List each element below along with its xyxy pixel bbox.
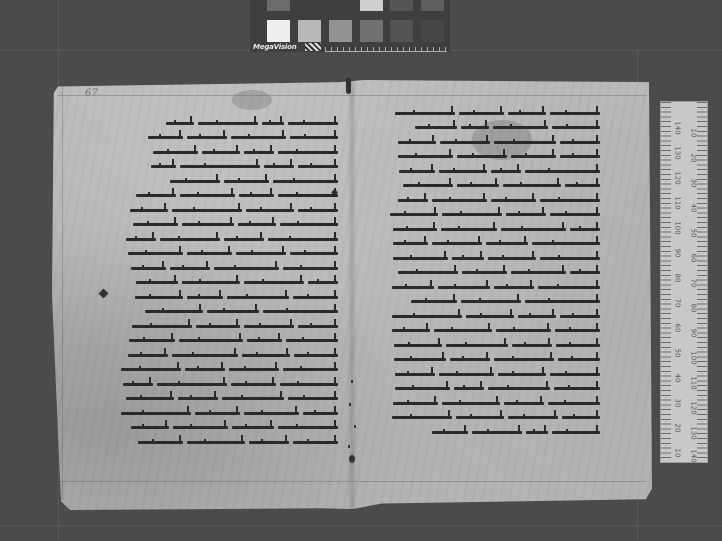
color-swatch [390, 20, 413, 42]
color-swatch [329, 20, 352, 42]
stain [232, 90, 272, 110]
ruler-label: 140 [690, 449, 698, 462]
ruler-label: 70 [689, 279, 697, 288]
ruler-label: 110 [674, 196, 682, 209]
ruler-label: 100 [690, 351, 698, 364]
ruler-label: 20 [673, 424, 681, 433]
ruler-label: 30 [673, 399, 681, 408]
ruler-label: 90 [689, 329, 697, 338]
ruler-label: 120 [690, 401, 698, 414]
left-page-text-column [112, 113, 338, 447]
ruler-label: 80 [689, 304, 697, 313]
ruling-line [57, 481, 647, 482]
ruler-label: 130 [690, 426, 698, 439]
ruler-label: 50 [689, 229, 697, 238]
stitch-hole [354, 425, 356, 428]
ruler-label: 10 [673, 449, 681, 458]
color-swatch [390, 0, 413, 11]
color-swatch [421, 0, 444, 11]
color-swatch [298, 20, 321, 42]
color-swatch [267, 0, 290, 11]
ruler-label: 70 [673, 299, 681, 308]
stitch-hole [349, 403, 351, 406]
ruler-ticks [661, 102, 671, 462]
ruler-label: 30 [689, 179, 697, 188]
measurement-ruler: 140 130 120 110 100 90 80 70 60 50 40 30… [660, 101, 708, 463]
ruler-label: 60 [689, 254, 697, 263]
stitch-hole [351, 380, 353, 383]
color-swatch [421, 20, 444, 42]
manuscript-bifolio: 67 [52, 80, 652, 510]
ruler-label: 80 [673, 274, 681, 283]
ruler-label: 20 [689, 154, 697, 163]
folio-number: 67 [85, 88, 98, 99]
ink-mark [349, 455, 355, 463]
backdrop-seam [0, 525, 722, 526]
ruler-label: 120 [674, 171, 682, 184]
ruling-line [62, 80, 63, 500]
ruler-label: 60 [673, 324, 681, 333]
ink-mark [346, 78, 351, 94]
color-calibration-target: MegaVision [250, 0, 450, 52]
ruler-label: 110 [690, 376, 698, 389]
stitch-hole [348, 445, 350, 448]
ruler-ticks [697, 102, 707, 462]
ruler-label: 40 [673, 374, 681, 383]
ruler-label: 40 [689, 204, 697, 213]
ruler-label: 10 [689, 129, 697, 138]
color-swatch [267, 20, 290, 42]
target-scale-bar [325, 44, 447, 52]
color-swatch [360, 0, 383, 11]
ruler-label: 90 [673, 249, 681, 258]
ruler-label: 100 [674, 221, 682, 234]
megavision-logo-icon [305, 43, 321, 51]
megavision-brand-label: MegaVision [253, 43, 297, 51]
right-page-text-column [380, 103, 600, 437]
ruler-label: 50 [673, 349, 681, 358]
color-swatch [360, 20, 383, 42]
ruling-line [57, 95, 647, 96]
ruler-label: 130 [674, 146, 682, 159]
ruler-label: 140 [674, 121, 682, 134]
